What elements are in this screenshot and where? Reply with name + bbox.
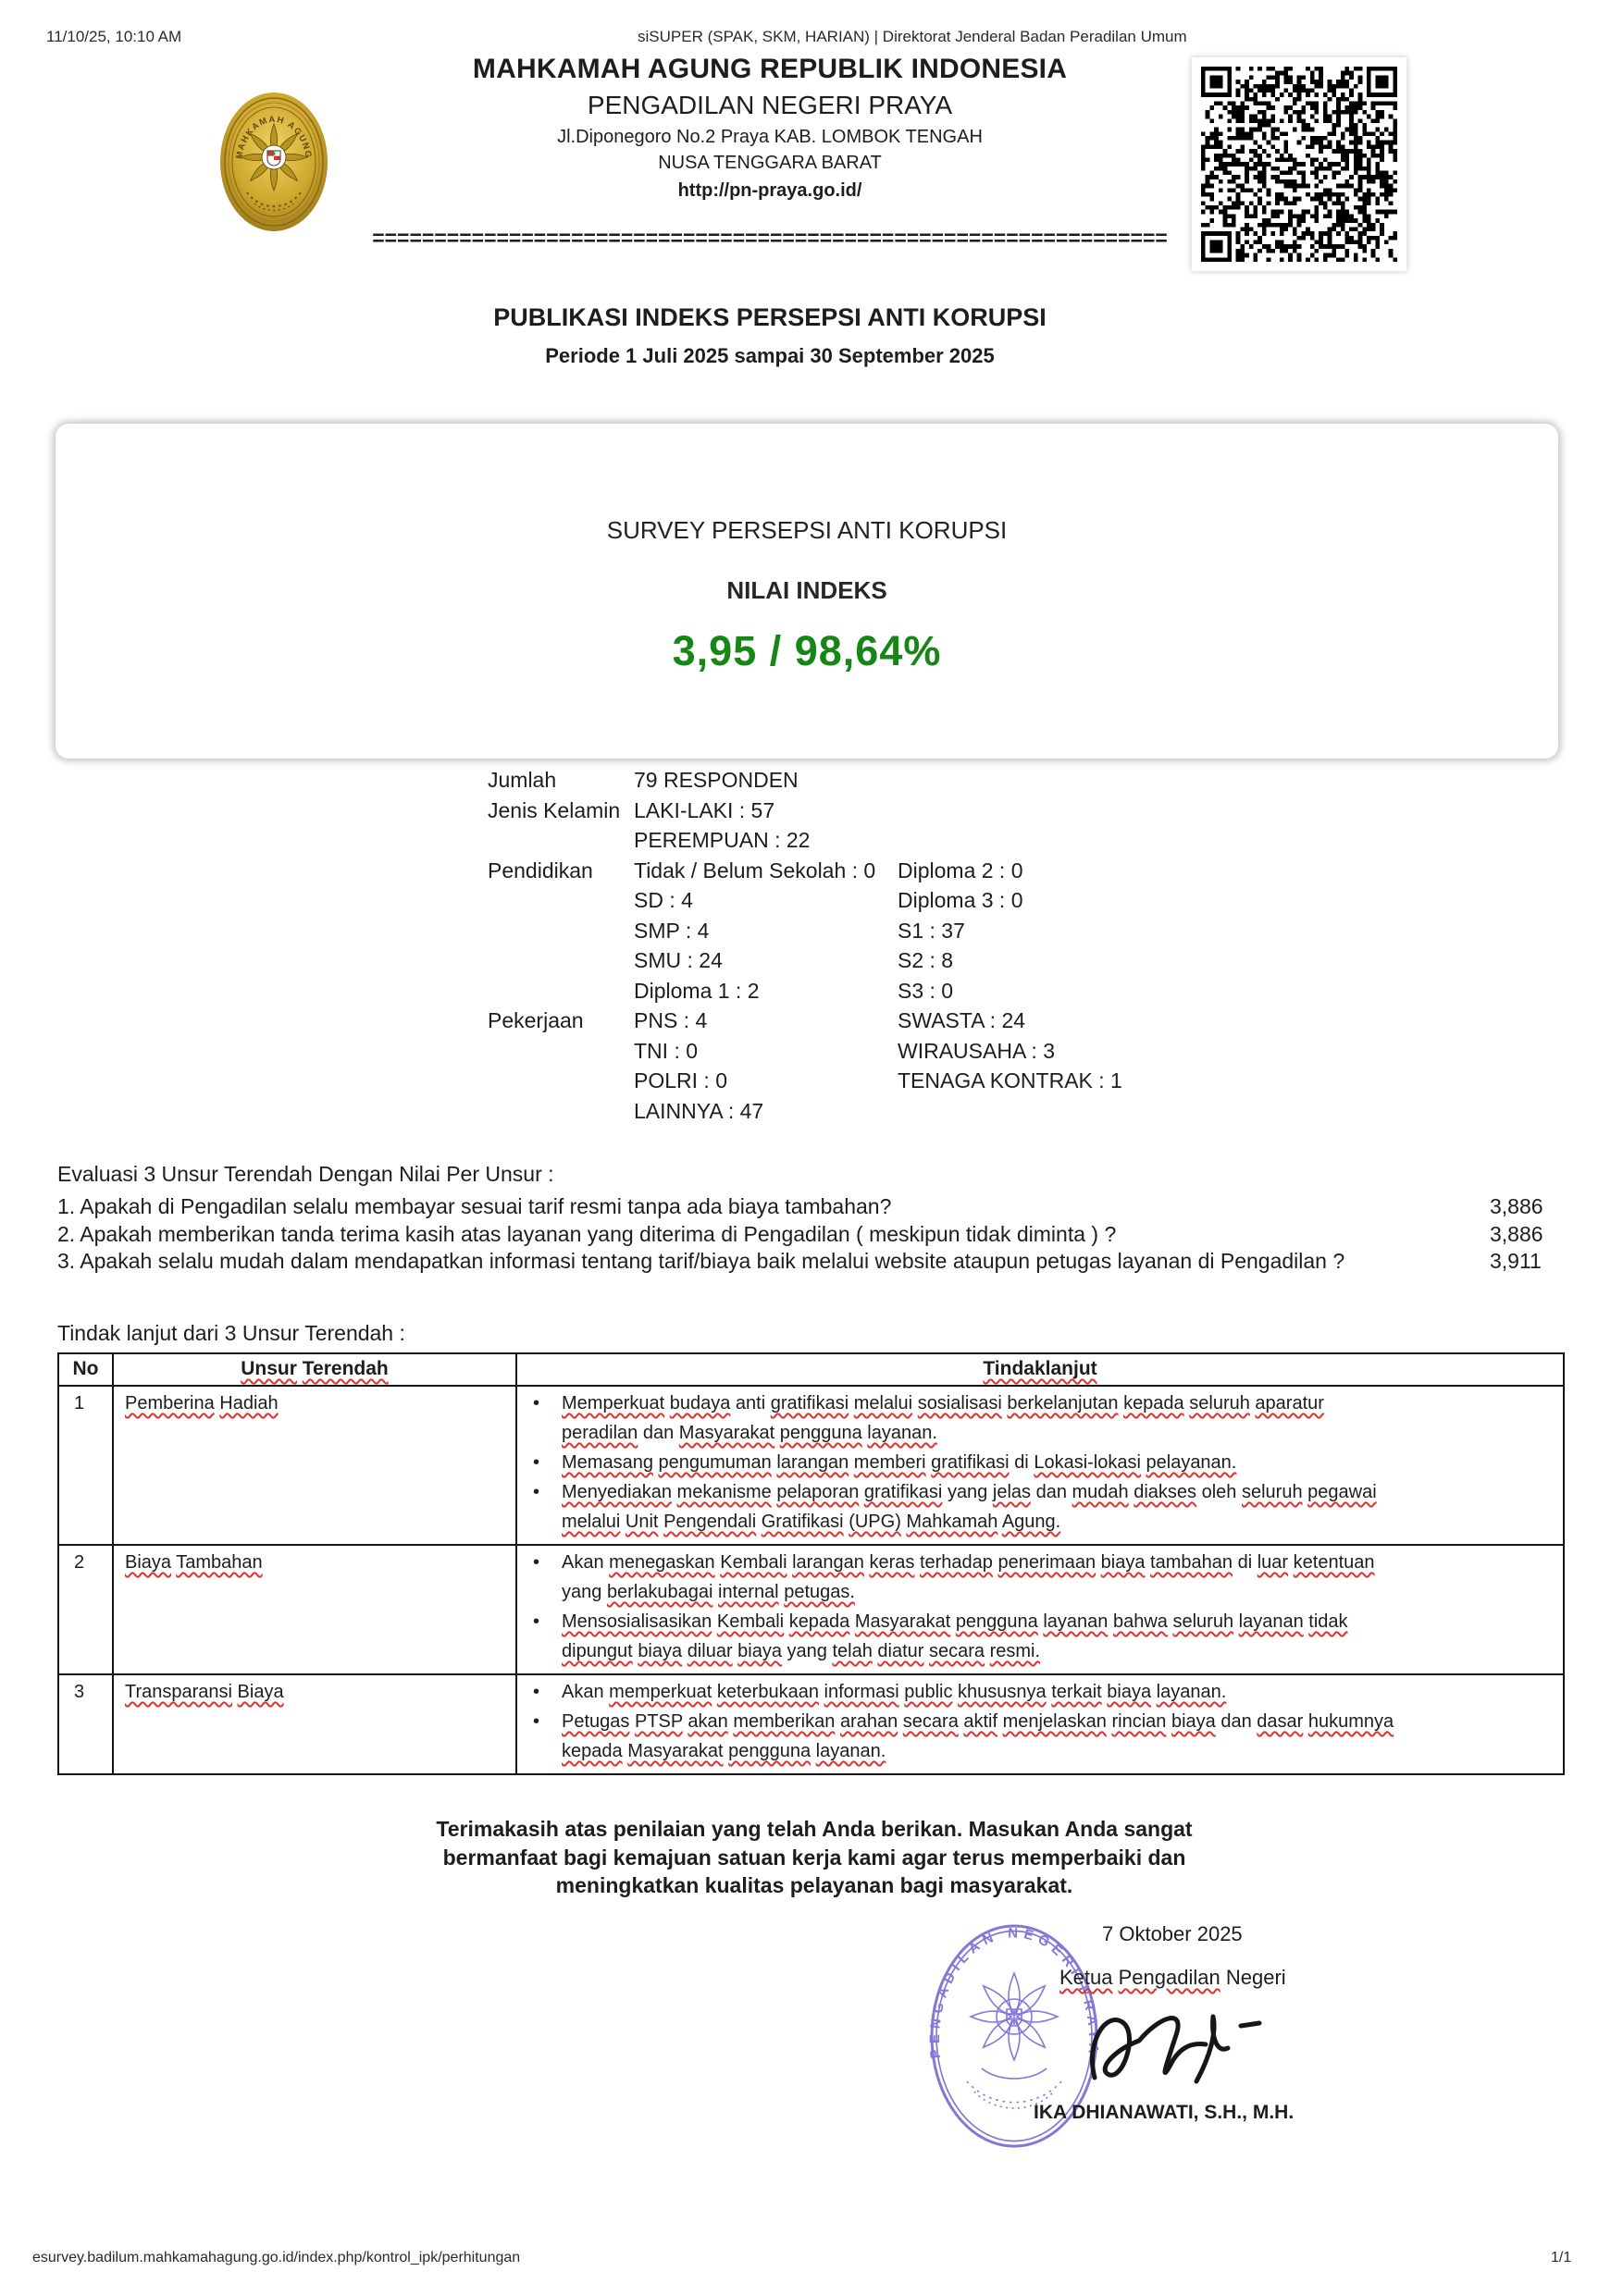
evaluation-question: 1. Apakah di Pengadilan selalu membayar … [57, 1194, 891, 1218]
print-footer-page: 1/1 [1551, 2250, 1571, 2266]
index-value: 3,95 / 98,64% [56, 627, 1558, 675]
table-row: 3Transparansi BiayaAkan memperkuat keter… [58, 1674, 1564, 1774]
respondent-value-col1: SMP : 4 [634, 919, 898, 949]
tindaklanjut-bullet: Memperkuat budaya anti gratifikasi melal… [517, 1389, 1563, 1448]
respondent-value-col2: S3 : 0 [898, 979, 953, 1009]
print-title: siSUPER (SPAK, SKM, HARIAN) | Direktorat… [638, 28, 1187, 46]
evaluation-item: 2. Apakah memberikan tanda terima kasih … [57, 1222, 1575, 1250]
respondent-value-col1: POLRI : 0 [634, 1068, 898, 1099]
survey-title: SURVEY PERSEPSI ANTI KORUPSI [56, 516, 1558, 545]
respondent-value-col1: LAINNYA : 47 [634, 1099, 898, 1129]
tindaklanjut-bullet: Akan menegaskan Kembali larangan keras t… [517, 1548, 1563, 1607]
respondent-label: Jenis Kelamin [488, 798, 634, 829]
col-header-no: No [58, 1353, 113, 1386]
signature-date: 7 Oktober 2025 [1102, 1922, 1243, 1946]
svg-text:PENGADILAN NEGERI PRAYA: PENGADILAN NEGERI PRAYA [928, 1925, 1100, 2059]
tindaklanjut-bullet: Akan memperkuat keterbukaan informasi pu… [517, 1677, 1563, 1707]
org-name: MAHKAMAH AGUNG REPUBLIK INDONESIA [279, 54, 1260, 85]
respondent-label: Pekerjaan [488, 1008, 634, 1039]
index-label: NILAI INDEKS [56, 576, 1558, 605]
respondent-row: PekerjaanPNS : 4SWASTA : 24 [488, 1008, 1122, 1039]
respondent-value-col1: SD : 4 [634, 888, 898, 919]
respondent-value-col2: S2 : 8 [898, 948, 953, 979]
respondent-row: SMU : 24S2 : 8 [488, 948, 1122, 979]
signature [1078, 1989, 1272, 2114]
respondent-label [488, 888, 634, 919]
respondent-label [488, 919, 634, 949]
respondent-value-col1: PEREMPUAN : 22 [634, 828, 898, 858]
respondent-row: Jumlah79 RESPONDEN [488, 768, 1122, 798]
respondent-row: LAINNYA : 47 [488, 1099, 1122, 1129]
tindaklanjut-bullet: Memasang pengumuman larangan memberi gra… [517, 1448, 1563, 1477]
respondent-row: Jenis KelaminLAKI-LAKI : 57 [488, 798, 1122, 829]
respondents-summary: Jumlah79 RESPONDENJenis KelaminLAKI-LAKI… [488, 768, 1122, 1129]
followup-table-body: 1Pemberina HadiahMemperkuat budaya anti … [58, 1386, 1564, 1774]
score-card: SURVEY PERSEPSI ANTI KORUPSI NILAI INDEK… [56, 424, 1558, 759]
respondent-value-col1: Tidak / Belum Sekolah : 0 [634, 858, 898, 889]
evaluation-score: 3,886 [1490, 1194, 1543, 1219]
respondent-value-col2: Diploma 3 : 0 [898, 888, 1023, 919]
respondent-label [488, 948, 634, 979]
respondent-value-col1: 79 RESPONDEN [634, 768, 898, 798]
respondent-value-col1: LAKI-LAKI : 57 [634, 798, 898, 829]
respondent-label [488, 1099, 634, 1129]
respondent-row: SD : 4Diploma 3 : 0 [488, 888, 1122, 919]
tindaklanjut-bullet: Petugas PTSP akan memberikan arahan seca… [517, 1707, 1563, 1766]
evaluation-item: 1. Apakah di Pengadilan selalu membayar … [57, 1194, 1575, 1222]
tindaklanjut-cell: Akan menegaskan Kembali larangan keras t… [516, 1545, 1564, 1674]
followup-heading: Tindak lanjut dari 3 Unsur Terendah : [57, 1321, 405, 1346]
publication-title: PUBLIKASI INDEKS PERSEPSI ANTI KORUPSI [279, 303, 1260, 332]
respondent-value-col2: WIRAUSAHA : 3 [898, 1039, 1055, 1069]
evaluation-score: 3,886 [1490, 1222, 1543, 1247]
evaluation-score: 3,911 [1490, 1249, 1542, 1274]
respondent-value-col2: S1 : 37 [898, 919, 965, 949]
respondent-label [488, 1039, 634, 1069]
col-header-unsur: Unsur Terendah [113, 1353, 516, 1386]
unsur-terendah-cell: Transparansi Biaya [113, 1674, 516, 1774]
row-number: 2 [58, 1545, 113, 1674]
tindaklanjut-bullet: Menyediakan mekanisme pelaporan gratifik… [517, 1477, 1563, 1537]
respondent-row: TNI : 0WIRAUSAHA : 3 [488, 1039, 1122, 1069]
address-line-2: NUSA TENGGARA BARAT [279, 153, 1260, 174]
respondent-label [488, 1068, 634, 1099]
court-name: PENGADILAN NEGERI PRAYA [279, 91, 1260, 120]
respondent-value-col2: SWASTA : 24 [898, 1008, 1025, 1039]
evaluation-question: 3. Apakah selalu mudah dalam mendapatkan… [57, 1249, 1344, 1273]
divider-line: ========================================… [279, 226, 1260, 251]
row-number: 1 [58, 1386, 113, 1545]
website-url: http://pn-praya.go.id/ [279, 180, 1260, 202]
respondent-row: SMP : 4S1 : 37 [488, 919, 1122, 949]
unsur-terendah-cell: Biaya Tambahan [113, 1545, 516, 1674]
table-row: 2Biaya TambahanAkan menegaskan Kembali l… [58, 1545, 1564, 1674]
letterhead: MAHKAMAH AGUNG REPUBLIK INDONESIA PENGAD… [279, 54, 1260, 251]
unsur-terendah-cell: Pemberina Hadiah [113, 1386, 516, 1545]
respondent-label [488, 979, 634, 1009]
tindaklanjut-cell: Akan memperkuat keterbukaan informasi pu… [516, 1674, 1564, 1774]
evaluation-heading: Evaluasi 3 Unsur Terendah Dengan Nilai P… [57, 1162, 1575, 1187]
respondent-value-col1: PNS : 4 [634, 1008, 898, 1039]
address-line-1: Jl.Diponegoro No.2 Praya KAB. LOMBOK TEN… [279, 127, 1260, 148]
signature-role: Ketua Pengadilan Negeri [1059, 1966, 1286, 1990]
respondent-label: Pendidikan [488, 858, 634, 889]
col-header-tindaklanjut: Tindaklanjut [516, 1353, 1564, 1386]
respondent-value-col1: Diploma 1 : 2 [634, 979, 898, 1009]
qr-code [1192, 57, 1406, 271]
print-footer-url: esurvey.badilum.mahkamahagung.go.id/inde… [32, 2250, 520, 2266]
table-header-row: No Unsur Terendah Tindaklanjut [58, 1353, 1564, 1386]
respondent-row: PEREMPUAN : 22 [488, 828, 1122, 858]
tindaklanjut-cell: Memperkuat budaya anti gratifikasi melal… [516, 1386, 1564, 1545]
print-datetime: 11/10/25, 10:10 AM [46, 28, 181, 46]
respondent-value-col2: Diploma 2 : 0 [898, 858, 1023, 889]
evaluation-question: 2. Apakah memberikan tanda terima kasih … [57, 1222, 1116, 1246]
closing-message: Terimakasih atas penilaian yang telah An… [398, 1815, 1231, 1900]
respondent-row: Diploma 1 : 2S3 : 0 [488, 979, 1122, 1009]
tindaklanjut-bullet: Mensosialisasikan Kembali kepada Masyara… [517, 1607, 1563, 1666]
table-row: 1Pemberina HadiahMemperkuat budaya anti … [58, 1386, 1564, 1545]
followup-table: No Unsur Terendah Tindaklanjut 1Pemberin… [57, 1352, 1565, 1775]
respondent-row: POLRI : 0TENAGA KONTRAK : 1 [488, 1068, 1122, 1099]
publication-heading: PUBLIKASI INDEKS PERSEPSI ANTI KORUPSI P… [279, 303, 1260, 368]
qr-code-icon [1201, 67, 1397, 262]
respondent-label: Jumlah [488, 768, 634, 798]
respondent-value-col1: SMU : 24 [634, 948, 898, 979]
respondent-row: PendidikanTidak / Belum Sekolah : 0Diplo… [488, 858, 1122, 889]
respondent-value-col1: TNI : 0 [634, 1039, 898, 1069]
handwritten-signature-icon [1078, 1989, 1272, 2109]
evaluation-section: Evaluasi 3 Unsur Terendah Dengan Nilai P… [57, 1162, 1575, 1277]
signatory-name: IKA DHIANAWATI, S.H., M.H. [1034, 2102, 1294, 2124]
row-number: 3 [58, 1674, 113, 1774]
respondent-label [488, 828, 634, 858]
publication-period: Periode 1 Juli 2025 sampai 30 September … [279, 344, 1260, 368]
respondent-value-col2: TENAGA KONTRAK : 1 [898, 1068, 1122, 1099]
evaluation-item: 3. Apakah selalu mudah dalam mendapatkan… [57, 1249, 1575, 1277]
